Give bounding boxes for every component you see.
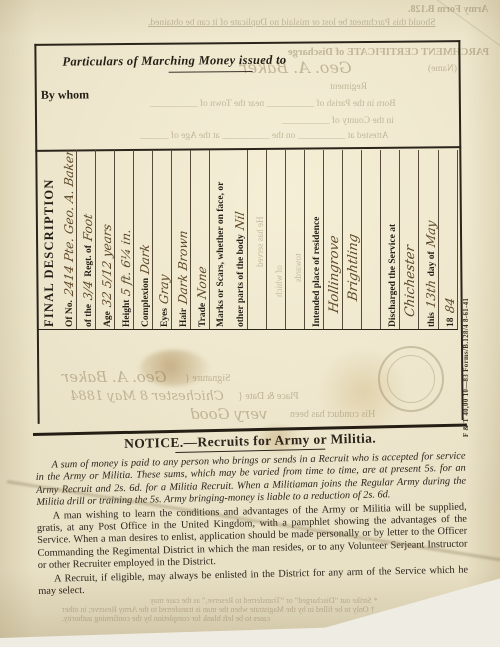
regt-value-1-handwriting: 3/4 <box>83 280 94 301</box>
ghost-parchment-warning: Should this Parchment be lost or mislaid… <box>148 18 436 28</box>
year-prefix-label: 18 <box>447 318 457 328</box>
eyes-value-handwriting: Gray <box>159 274 170 305</box>
trade-value-handwriting: None <box>197 265 208 299</box>
field-row-height: Height 5 ft. 6¼ in. <box>115 150 134 329</box>
residence-value-line1-handwriting: Hollingrove <box>329 235 341 314</box>
blank-ruled-row: towards <box>286 150 305 329</box>
blank-ruled-row: of which <box>267 150 286 329</box>
field-row-regiment: of the 3/4 Regt. of Foot <box>77 150 96 329</box>
marching-money-title: Particulars of Marching Money issued to <box>62 53 286 70</box>
by-whom-label: By whom <box>41 87 89 102</box>
residence-label: Intended place of residence <box>313 217 323 327</box>
hair-label: Hair <box>180 308 190 327</box>
regt-label-2: Regt. of <box>85 245 95 277</box>
ghost-served-line: He has served <box>255 217 265 267</box>
blank-ruled-row <box>362 150 381 329</box>
complexion-label: Complexion <box>142 278 152 327</box>
notice-paragraph-1: A sum of money is paid to any person who… <box>35 451 466 510</box>
ghost-towards-line: towards <box>293 254 303 283</box>
regt-value-2-handwriting: Foot <box>83 213 94 242</box>
final-description-section: FINAL DESCRIPTION Of No. 2414 Pte. Geo. … <box>38 150 458 330</box>
marks-label-line1: Marks or Scars, whether on face, or <box>217 182 227 327</box>
paper-sheet: Army Form B.128. Should this Parchment b… <box>0 0 500 647</box>
marks-label-line2: other parts of the body <box>237 234 247 327</box>
discharge-place-handwriting: Chichester <box>405 244 417 318</box>
ghost-place-date-scrawl: Chichester 8 May 1884 <box>70 389 224 404</box>
marks-value-handwriting: Nil <box>235 211 246 231</box>
field-row-discharge-label: Discharged the Service at <box>381 150 400 329</box>
field-row-discharge-place: Chichester <box>400 150 419 329</box>
field-row-complexion: Complexion Dark <box>134 150 153 329</box>
field-row-discharge-year: 18 84 <box>439 150 458 329</box>
ghost-footnote-magistrate: † Only to be filled in by the Magistrate… <box>62 605 375 614</box>
field-row-hair: Hair Dark Brown <box>172 150 191 329</box>
field-row-age: Age 32 5/12 years <box>96 150 115 329</box>
this-label: this <box>428 312 438 327</box>
notice-section: NOTICE.—Recruits for Army or Militia. A … <box>35 429 468 600</box>
final-description-rotated-table: FINAL DESCRIPTION Of No. 2414 Pte. Geo. … <box>38 150 458 330</box>
regt-label-1: of the <box>85 304 95 327</box>
ghost-army-form-number: Army Form B.128. <box>408 4 489 15</box>
printer-imprint: F & T 40,00 10—83 Forms/B.128/4 8-61-41 <box>463 298 470 437</box>
eyes-label: Eyes <box>161 308 171 327</box>
ghost-of-which-line: of which <box>274 265 284 297</box>
field-row-residence-line2: Brightling <box>343 150 362 329</box>
field-row-trade: Trade None <box>191 150 210 329</box>
no-value-handwriting: 2414 Pte. Geo. A. Baker <box>64 149 75 297</box>
field-row-eyes: Eyes Gray <box>153 150 172 329</box>
complexion-value-handwriting: Dark <box>140 243 151 275</box>
no-label: Of No. <box>66 300 76 327</box>
residence-value-line2-handwriting: Brightling <box>348 233 360 302</box>
ghost-conduct-scrawl: very Good <box>190 405 267 423</box>
day-of-label: day of <box>428 251 438 276</box>
ink-stamp-ghost <box>378 346 444 412</box>
discharge-label: Discharged the Service at <box>389 224 399 327</box>
field-row-marks-line1: Marks or Scars, whether on face, or <box>210 150 227 329</box>
field-row-residence-label: Intended place of residence <box>305 150 324 329</box>
age-value-handwriting: 32 5/12 years <box>102 223 113 308</box>
trade-label: Trade <box>199 303 209 327</box>
month-value-handwriting: May <box>426 220 437 248</box>
scanned-discharge-form: Army Form B.128. Should this Parchment b… <box>0 0 500 647</box>
field-row-number-name: Of No. 2414 Pte. Geo. A. Baker <box>58 150 77 329</box>
year-value-handwriting: 84 <box>445 297 456 314</box>
age-label: Age <box>104 311 114 327</box>
ghost-place-date-label: Place & Date { <box>238 391 299 402</box>
blank-ruled-row: He has served <box>248 150 267 329</box>
height-label: Height <box>123 300 133 327</box>
field-row-discharge-date: this 13th day of May <box>419 150 439 329</box>
notice-paragraph-2: A man wishing to learn the conditions an… <box>37 501 468 572</box>
ink-stain <box>140 350 208 386</box>
final-description-heading-row: FINAL DESCRIPTION <box>38 150 58 329</box>
ghost-parchment-warning-text: Should this Parchment be lost or mislaid… <box>148 18 436 28</box>
marching-money-blank-line <box>169 71 253 73</box>
field-row-marks-line2: other parts of the body Nil <box>227 150 248 329</box>
hair-value-handwriting: Dark Brown <box>178 230 189 305</box>
ghost-footnote-strikeout: * Strike out “Discharged” or “Transferre… <box>150 596 377 605</box>
height-value-handwriting: 5 ft. 6¼ in. <box>121 228 132 297</box>
field-row-residence-line1: Hollingrove <box>324 150 343 329</box>
day-value-handwriting: 13th <box>426 279 437 309</box>
ghost-footnote-blank: cases to be left blank for completion by… <box>62 614 270 623</box>
final-description-heading: FINAL DESCRIPTION <box>42 178 57 327</box>
